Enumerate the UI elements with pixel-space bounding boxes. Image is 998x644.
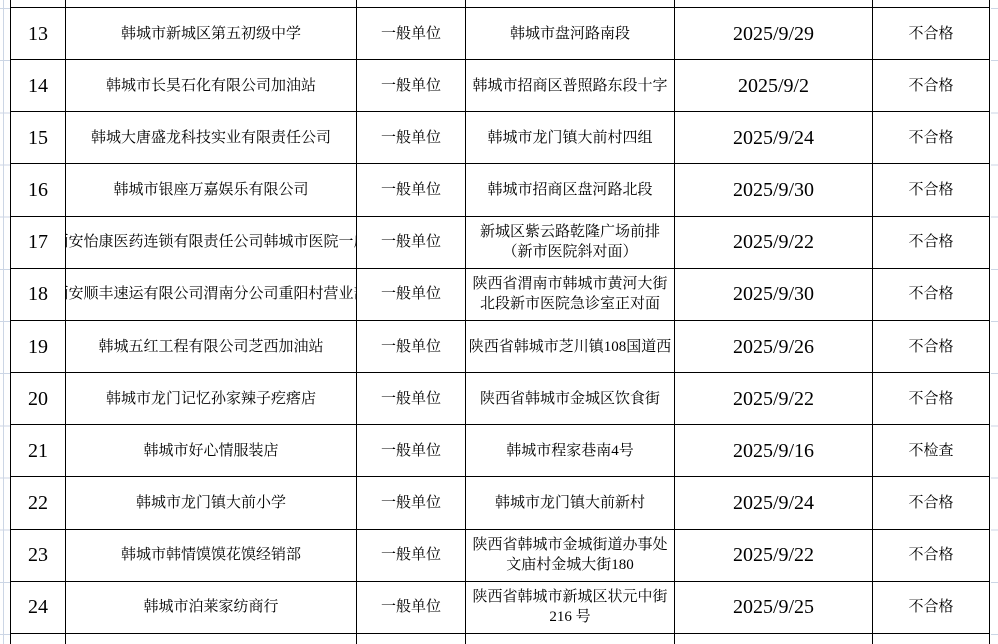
row-number-cell[interactable]: 20 xyxy=(10,373,66,425)
unit-type: 一般单位 xyxy=(381,337,441,357)
date-cell[interactable]: 2025/9/30 xyxy=(675,269,873,321)
row-number: 24 xyxy=(28,597,48,617)
partial-top-cell xyxy=(66,0,357,8)
address-cell[interactable]: 陕西省韩城市金城街道办事处 文庙村金城大街180 xyxy=(466,530,675,582)
inspection-date: 2025/9/22 xyxy=(733,389,814,409)
unit-type: 一般单位 xyxy=(381,441,441,461)
unit-type-cell[interactable]: 一般单位 xyxy=(357,582,466,634)
unit-name-cell[interactable]: 西安怡康医药连锁有限责任公司韩城市医院一店 xyxy=(66,217,357,269)
unit-name: 韩城大唐盛龙科技实业有限责任公司 xyxy=(91,128,331,148)
inspection-date: 2025/9/22 xyxy=(733,232,814,252)
result-cell[interactable]: 不合格 xyxy=(873,530,990,582)
result-cell[interactable]: 不合格 xyxy=(873,217,990,269)
unit-name: 韩城市长昊石化有限公司加油站 xyxy=(106,76,316,96)
row-number: 19 xyxy=(28,337,48,357)
unit-name: 韩城市银座万嘉娱乐有限公司 xyxy=(113,180,308,200)
row-number-cell[interactable]: 13 xyxy=(10,8,66,60)
partial-bottom-cell xyxy=(66,634,357,644)
partial-top-cell xyxy=(10,0,66,8)
result-cell[interactable]: 不检查 xyxy=(873,425,990,477)
unit-type: 一般单位 xyxy=(381,128,441,148)
result-cell[interactable]: 不合格 xyxy=(873,269,990,321)
unit-name-cell[interactable]: 韩城大唐盛龙科技实业有限责任公司 xyxy=(66,112,357,164)
partial-top-cell xyxy=(675,0,873,8)
row-number-cell[interactable]: 18 xyxy=(10,269,66,321)
unit-name: 韩城市泊莱家纺商行 xyxy=(143,597,278,617)
result: 不合格 xyxy=(908,545,953,565)
date-cell[interactable]: 2025/9/25 xyxy=(675,582,873,634)
left-gridline-strip xyxy=(0,8,10,635)
address-cell[interactable]: 韩城市龙门镇大前村四组 xyxy=(466,112,675,164)
row-number: 21 xyxy=(28,441,48,461)
date-cell[interactable]: 2025/9/22 xyxy=(675,217,873,269)
date-cell[interactable]: 2025/9/22 xyxy=(675,530,873,582)
result: 不合格 xyxy=(908,128,953,148)
address: 韩城市程家巷南4号 xyxy=(506,441,634,461)
unit-type-cell[interactable]: 一般单位 xyxy=(357,164,466,216)
unit-type: 一般单位 xyxy=(381,597,441,617)
address: 陕西省韩城市金城区饮食街 xyxy=(480,389,660,409)
address-cell[interactable]: 新城区紫云路乾隆广场前排 （新市医院斜对面） xyxy=(466,217,675,269)
address-cell[interactable]: 韩城市招商区盘河路北段 xyxy=(466,164,675,216)
inspection-date: 2025/9/30 xyxy=(733,284,814,304)
date-cell[interactable]: 2025/9/24 xyxy=(675,477,873,529)
result-cell[interactable]: 不合格 xyxy=(873,582,990,634)
inspection-table: 13 韩城市新城区第五初级中学 一般单位 韩城市盘河路南段 2025/9/29 … xyxy=(10,0,990,644)
partial-top-cell xyxy=(466,0,675,8)
row-number-cell[interactable]: 17 xyxy=(10,217,66,269)
unit-type-cell[interactable]: 一般单位 xyxy=(357,477,466,529)
address-cell[interactable]: 韩城市龙门镇大前新村 xyxy=(466,477,675,529)
result: 不合格 xyxy=(908,597,953,617)
row-number-cell[interactable]: 21 xyxy=(10,425,66,477)
result: 不合格 xyxy=(908,389,953,409)
unit-type-cell[interactable]: 一般单位 xyxy=(357,321,466,373)
result-cell[interactable]: 不合格 xyxy=(873,164,990,216)
inspection-date: 2025/9/30 xyxy=(733,180,814,200)
inspection-date: 2025/9/22 xyxy=(733,545,814,565)
unit-name-cell[interactable]: 韩城市银座万嘉娱乐有限公司 xyxy=(66,164,357,216)
date-cell[interactable]: 2025/9/30 xyxy=(675,164,873,216)
row-number: 18 xyxy=(28,284,48,304)
unit-type: 一般单位 xyxy=(381,180,441,200)
row-number-cell[interactable]: 14 xyxy=(10,60,66,112)
partial-bottom-cell xyxy=(357,634,466,644)
right-gridline-strip xyxy=(991,8,998,635)
inspection-date: 2025/9/25 xyxy=(733,597,814,617)
result: 不合格 xyxy=(908,337,953,357)
address: 韩城市盘河路南段 xyxy=(510,24,630,44)
unit-type: 一般单位 xyxy=(381,76,441,96)
unit-name: 韩城市龙门记忆孙家辣子疙瘩店 xyxy=(106,389,316,409)
result: 不合格 xyxy=(908,232,953,252)
inspection-date: 2025/9/2 xyxy=(738,76,809,96)
result-cell[interactable]: 不合格 xyxy=(873,8,990,60)
unit-name-cell[interactable]: 韩城市泊莱家纺商行 xyxy=(66,582,357,634)
unit-name-cell[interactable]: 韩城五红工程有限公司芝西加油站 xyxy=(66,321,357,373)
unit-type-cell[interactable]: 一般单位 xyxy=(357,217,466,269)
partial-bottom-cell xyxy=(675,634,873,644)
unit-type-cell[interactable]: 一般单位 xyxy=(357,373,466,425)
unit-name-cell[interactable]: 西安顺丰速运有限公司渭南分公司重阳村营业部 xyxy=(66,269,357,321)
result: 不检查 xyxy=(908,441,953,461)
unit-type: 一般单位 xyxy=(381,389,441,409)
unit-name: 韩城五红工程有限公司芝西加油站 xyxy=(98,337,323,357)
address: 陕西省韩城市新城区状元中街 216 号 xyxy=(472,587,667,627)
address: 韩城市龙门镇大前村四组 xyxy=(487,128,652,148)
address: 新城区紫云路乾隆广场前排 （新市医院斜对面） xyxy=(480,222,660,262)
unit-name-cell[interactable]: 韩城市龙门镇大前小学 xyxy=(66,477,357,529)
partial-top-cell xyxy=(357,0,466,8)
row-number-cell[interactable]: 16 xyxy=(10,164,66,216)
row-number: 20 xyxy=(28,389,48,409)
address-cell[interactable]: 陕西省韩城市新城区状元中街 216 号 xyxy=(466,582,675,634)
unit-type-cell[interactable]: 一般单位 xyxy=(357,8,466,60)
result-cell[interactable]: 不合格 xyxy=(873,321,990,373)
date-cell[interactable]: 2025/9/2 xyxy=(675,60,873,112)
address: 韩城市龙门镇大前新村 xyxy=(495,493,645,513)
row-number: 15 xyxy=(28,128,48,148)
row-number-cell[interactable]: 24 xyxy=(10,582,66,634)
result-cell[interactable]: 不合格 xyxy=(873,112,990,164)
inspection-date: 2025/9/24 xyxy=(733,493,814,513)
result-cell[interactable]: 不合格 xyxy=(873,60,990,112)
partial-top-cell xyxy=(873,0,990,8)
partial-bottom-cell xyxy=(466,634,675,644)
partial-bottom-cell xyxy=(873,634,990,644)
date-cell[interactable]: 2025/9/29 xyxy=(675,8,873,60)
row-number-cell[interactable]: 23 xyxy=(10,530,66,582)
row-number: 13 xyxy=(28,24,48,44)
result: 不合格 xyxy=(908,24,953,44)
address-cell[interactable]: 韩城市招商区普照路东段十字 xyxy=(466,60,675,112)
date-cell[interactable]: 2025/9/24 xyxy=(675,112,873,164)
address-cell[interactable]: 陕西省渭南市韩城市黄河大街 北段新市医院急诊室正对面 xyxy=(466,269,675,321)
address-cell[interactable]: 陕西省韩城市金城区饮食街 xyxy=(466,373,675,425)
row-number-cell[interactable]: 22 xyxy=(10,477,66,529)
unit-name-cell[interactable]: 韩城市韩情馍馍花馍经销部 xyxy=(66,530,357,582)
unit-type-cell[interactable]: 一般单位 xyxy=(357,269,466,321)
unit-type-cell[interactable]: 一般单位 xyxy=(357,530,466,582)
unit-name-cell[interactable]: 韩城市长昊石化有限公司加油站 xyxy=(66,60,357,112)
unit-name-cell[interactable]: 韩城市龙门记忆孙家辣子疙瘩店 xyxy=(66,373,357,425)
address: 陕西省韩城市芝川镇108国道西 xyxy=(469,337,672,357)
unit-name: 韩城市新城区第五初级中学 xyxy=(121,24,301,44)
date-cell[interactable]: 2025/9/16 xyxy=(675,425,873,477)
date-cell[interactable]: 2025/9/26 xyxy=(675,321,873,373)
inspection-date: 2025/9/26 xyxy=(733,337,814,357)
result: 不合格 xyxy=(908,76,953,96)
unit-type: 一般单位 xyxy=(381,232,441,252)
unit-name-cell[interactable]: 韩城市新城区第五初级中学 xyxy=(66,8,357,60)
row-number: 22 xyxy=(28,493,48,513)
unit-type-cell[interactable]: 一般单位 xyxy=(357,112,466,164)
address-cell[interactable]: 韩城市盘河路南段 xyxy=(466,8,675,60)
address: 韩城市招商区普照路东段十字 xyxy=(472,76,667,96)
row-number-cell[interactable]: 19 xyxy=(10,321,66,373)
row-number: 23 xyxy=(28,545,48,565)
inspection-date: 2025/9/29 xyxy=(733,24,814,44)
partial-bottom-cell xyxy=(10,634,66,644)
unit-type: 一般单位 xyxy=(381,493,441,513)
address: 陕西省渭南市韩城市黄河大街 北段新市医院急诊室正对面 xyxy=(472,274,667,314)
unit-name: 西安怡康医药连锁有限责任公司韩城市医院一店 xyxy=(66,232,357,252)
unit-name: 韩城市韩情馍馍花馍经销部 xyxy=(121,545,301,565)
row-number: 17 xyxy=(28,232,48,252)
result-cell[interactable]: 不合格 xyxy=(873,477,990,529)
address-cell[interactable]: 韩城市程家巷南4号 xyxy=(466,425,675,477)
date-cell[interactable]: 2025/9/22 xyxy=(675,373,873,425)
unit-type-cell[interactable]: 一般单位 xyxy=(357,425,466,477)
result-cell[interactable]: 不合格 xyxy=(873,373,990,425)
unit-type: 一般单位 xyxy=(381,24,441,44)
unit-name: 韩城市龙门镇大前小学 xyxy=(136,493,286,513)
row-number: 14 xyxy=(28,76,48,96)
unit-name-cell[interactable]: 韩城市好心情服装店 xyxy=(66,425,357,477)
result: 不合格 xyxy=(908,180,953,200)
address: 韩城市招商区盘河路北段 xyxy=(487,180,652,200)
address-cell[interactable]: 陕西省韩城市芝川镇108国道西 xyxy=(466,321,675,373)
row-number: 16 xyxy=(28,180,48,200)
unit-type-cell[interactable]: 一般单位 xyxy=(357,60,466,112)
inspection-date: 2025/9/16 xyxy=(733,441,814,461)
row-number-cell[interactable]: 15 xyxy=(10,112,66,164)
result: 不合格 xyxy=(908,284,953,304)
unit-name: 西安顺丰速运有限公司渭南分公司重阳村营业部 xyxy=(66,284,357,304)
unit-name: 韩城市好心情服装店 xyxy=(143,441,278,461)
address: 陕西省韩城市金城街道办事处 文庙村金城大街180 xyxy=(472,535,667,575)
unit-type: 一般单位 xyxy=(381,545,441,565)
result: 不合格 xyxy=(908,493,953,513)
unit-type: 一般单位 xyxy=(381,284,441,304)
inspection-date: 2025/9/24 xyxy=(733,128,814,148)
